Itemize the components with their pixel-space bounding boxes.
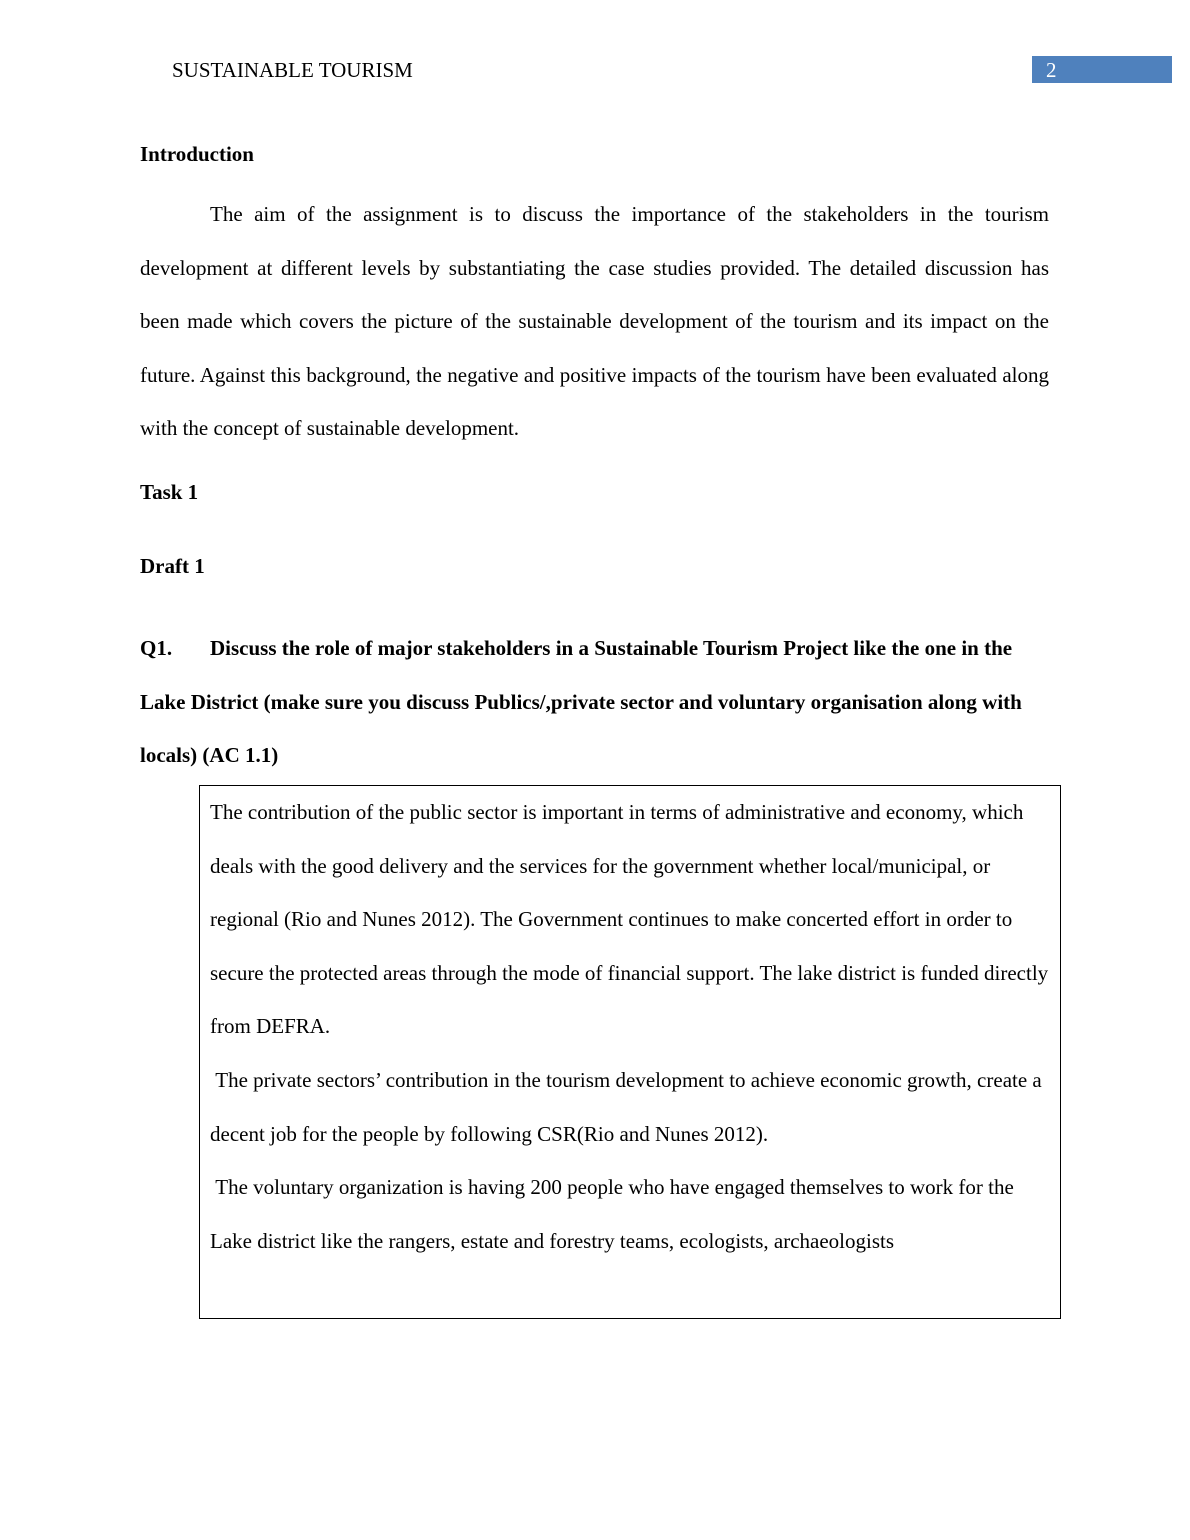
answer-paragraph-voluntary-organization: The voluntary organization is having 200…	[210, 1161, 1055, 1268]
question-block: Q1.Discuss the role of major stakeholder…	[140, 622, 1050, 783]
question-number: Q1.	[140, 622, 210, 676]
draft-heading: Draft 1	[140, 553, 205, 579]
page-number-box: 2	[1032, 56, 1172, 83]
introduction-heading: Introduction	[140, 141, 254, 167]
introduction-paragraph: The aim of the assignment is to discuss …	[140, 188, 1049, 456]
question-text: Discuss the role of major stakeholders i…	[140, 636, 1022, 767]
page-number: 2	[1046, 57, 1057, 83]
task-heading: Task 1	[140, 479, 198, 505]
answer-box: The contribution of the public sector is…	[199, 785, 1061, 1319]
answer-paragraph-private-sector: The private sectors’ contribution in the…	[210, 1054, 1055, 1161]
running-head: SUSTAINABLE TOURISM	[172, 57, 413, 83]
answer-paragraph-public-sector: The contribution of the public sector is…	[210, 786, 1055, 1054]
answer-text: The contribution of the public sector is…	[210, 786, 1055, 1268]
